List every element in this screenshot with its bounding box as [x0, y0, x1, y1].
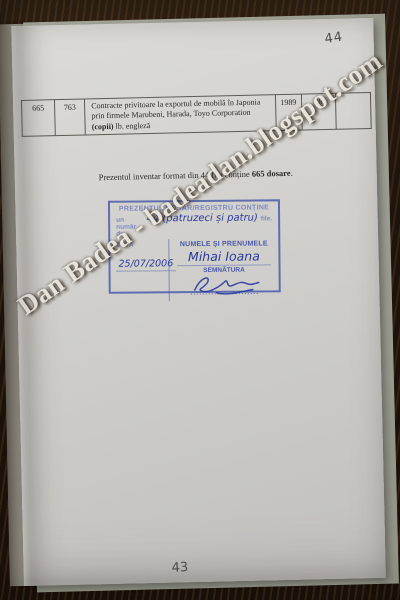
inventory-table: 665 763 Contracte privitoare la exportul… [21, 92, 372, 137]
table-row: 665 763 Contracte privitoare la exportul… [21, 93, 371, 137]
stamp-count-handwritten: 44 (patruzeci și patru) [146, 212, 258, 224]
page-number-top: 44 [324, 30, 345, 48]
summary-sentence: Prezentul inventar format din 44 file co… [15, 166, 377, 184]
stamp-title: PREZENTUL DOSAR/REGISTRU CONȚINE [110, 204, 278, 212]
stamp-date-label: DATA [116, 241, 168, 248]
stamp-name-label: NUMELE ȘI PRENUMELE [169, 240, 278, 248]
stamp-name-value: Mihai Ioana [177, 248, 270, 266]
stamp-form-area: DATA 25/07/2006 NUMELE ȘI PRENUMELE Miha… [110, 238, 279, 301]
certification-stamp: PREZENTUL DOSAR/REGISTRU CONȚINE un numă… [108, 199, 281, 293]
page-number-bottom: 43 [171, 560, 188, 576]
cell-file-count: 38 [301, 93, 336, 130]
stamp-count-suffix: file. [261, 215, 272, 222]
cell-nr-crt: 665 [21, 100, 55, 137]
document-page: 44 665 763 Contracte privitoare la expor… [11, 18, 386, 586]
summary-bold: 665 dosare [252, 168, 291, 179]
description-bold: (copii) [92, 122, 114, 131]
cell-nr-vechi: 763 [55, 99, 86, 136]
summary-period: . [291, 168, 293, 178]
stamp-count-line: un număr de 44 (patruzeci și patru) file… [110, 212, 278, 237]
cell-year: 1989 [275, 94, 302, 131]
stamp-name-column: NUMELE ȘI PRENUMELE Mihai Ioana SEMNĂTUR… [168, 238, 279, 301]
cell-description: Contracte privitoare la exportul de mobi… [85, 95, 276, 135]
stamp-count-prefix: un număr de [116, 216, 144, 237]
stamp-date-value: 25/07/2006 [116, 258, 175, 272]
summary-text: Prezentul inventar format din 44 file co… [99, 169, 252, 182]
photo-background: 44 665 763 Contracte privitoare la expor… [0, 0, 400, 600]
description-tail: lb. engleză [113, 121, 150, 131]
cell-observations [335, 93, 371, 130]
description-text: Contracte privitoare la exportul de mobi… [91, 98, 260, 121]
stamp-date-column: DATA 25/07/2006 [110, 239, 169, 302]
signature-icon [186, 273, 262, 296]
stamp-signature-label: SEMNĂTURA [170, 266, 279, 274]
